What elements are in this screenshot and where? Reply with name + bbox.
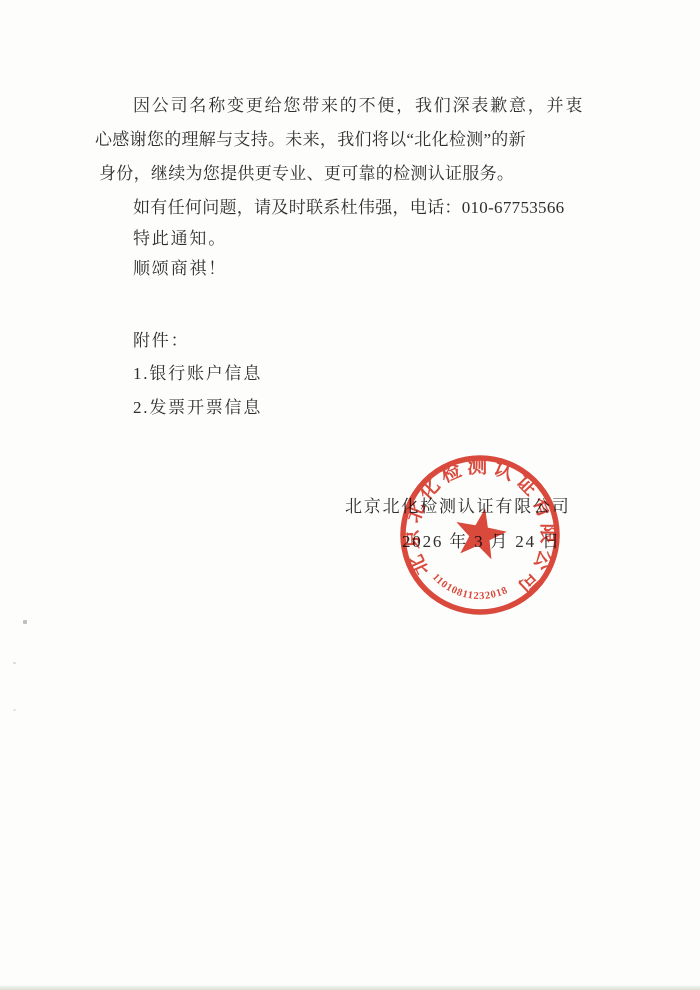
scanned-letter-page: 因公司名称变更给您带来的不便，我们深表歉意，并衷 心感谢您的理解与支持。未来，我… (0, 0, 700, 990)
apology-paragraph-line-2: 心感谢您的理解与支持。未来，我们将以“北化检测”的新 (95, 128, 526, 151)
attachments-heading: 附件： (133, 329, 189, 352)
contact-line: 如有任何问题，请及时联系杜伟强，电话：010-67753566 (133, 196, 564, 219)
closing-line: 顺颂商祺！ (133, 257, 227, 280)
scan-edge-shadow (0, 985, 700, 990)
attachment-item-bank-account: 1.银行账户信息 (133, 362, 262, 385)
company-seal: 北京北化检测认证有限公司 11010811232018 (395, 450, 565, 620)
attachment-item-invoice-info: 2.发票开票信息 (133, 396, 262, 419)
scan-speck (13, 709, 16, 711)
scan-speck (23, 620, 27, 624)
apology-paragraph-line-3: 身份，继续为您提供更专业、更可靠的检测认证服务。 (99, 162, 514, 185)
scan-speck (13, 662, 16, 664)
apology-paragraph-line-1: 因公司名称变更给您带来的不便，我们深表歉意，并衷 (133, 94, 584, 117)
seal-star-icon (451, 504, 511, 562)
notice-line: 特此通知。 (133, 227, 227, 250)
